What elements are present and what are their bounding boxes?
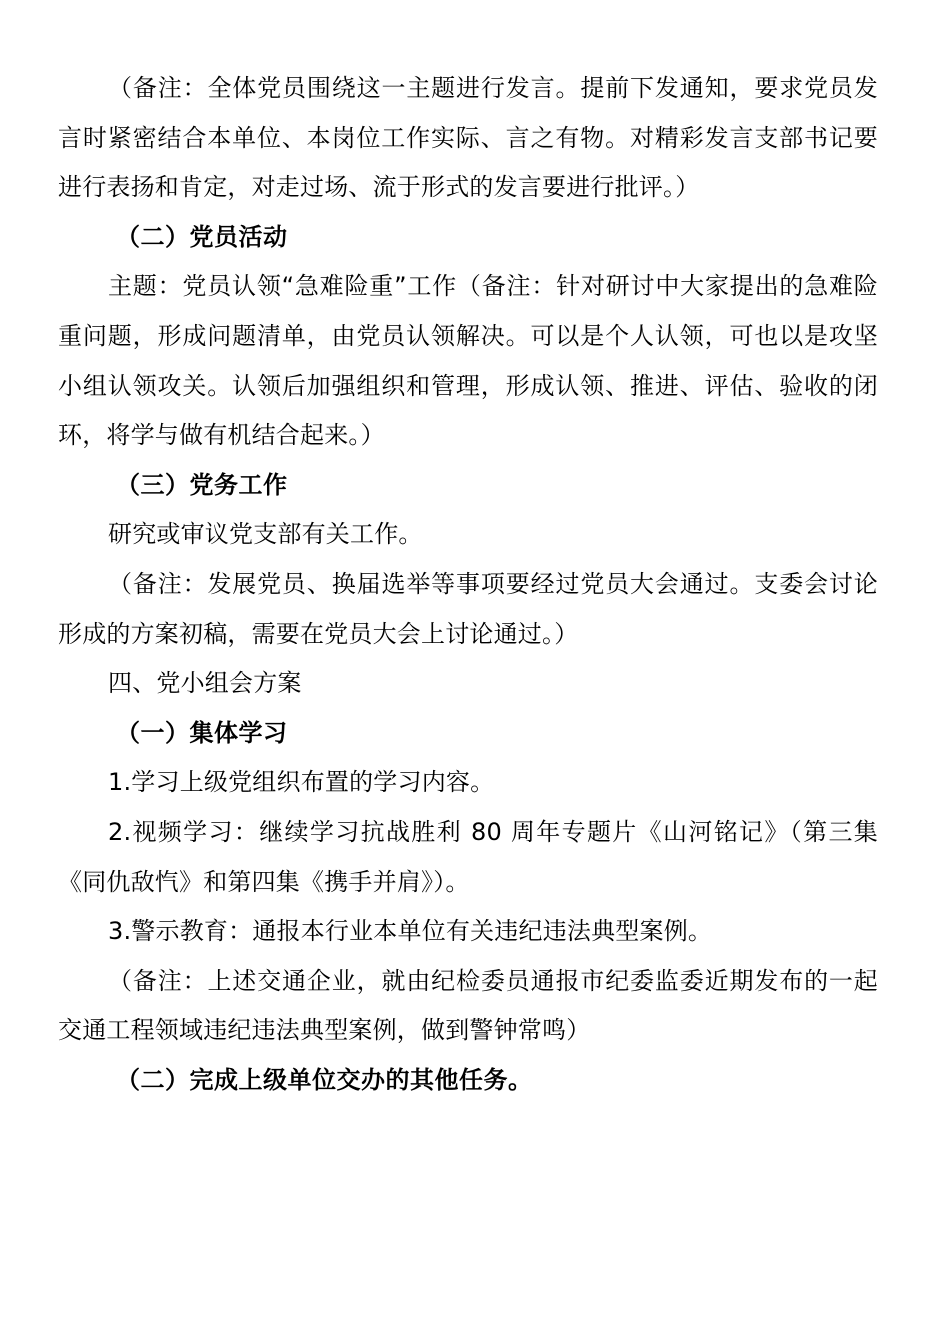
heading-collective-study: （一）集体学习 xyxy=(58,709,878,759)
note-paragraph-speech-remarks: （备注：全体党员围绕这一主题进行发言。提前下发通知，要求党员发言时紧密结合本单位… xyxy=(58,64,878,213)
note-paragraph-warning-case: （备注：上述交通企业，就由纪检委员通报市纪委监委近期发布的一起交通工程领域违纪违… xyxy=(58,957,878,1056)
heading-party-member-activity: （二）党员活动 xyxy=(58,213,878,263)
heading-party-affairs: （三）党务工作 xyxy=(58,461,878,511)
document-page: （备注：全体党员围绕这一主题进行发言。提前下发通知，要求党员发言时紧密结合本单位… xyxy=(58,64,878,1105)
list-item-study-1: 1.学习上级党组织布置的学习内容。 xyxy=(58,758,878,808)
note-paragraph-member-meeting: （备注：发展党员、换届选举等事项要经过党员大会通过。支委会讨论形成的方案初稿，需… xyxy=(58,560,878,659)
section-title-group-meeting-plan: 四、党小组会方案 xyxy=(58,659,878,709)
list-item-study-3: 3.警示教育：通报本行业本单位有关违纪违法典型案例。 xyxy=(58,907,878,957)
heading-other-tasks: （二）完成上级单位交办的其他任务。 xyxy=(58,1056,878,1106)
body-paragraph-activity-theme: 主题：党员认领“急难险重”工作（备注：针对研讨中大家提出的急难险重问题，形成问题… xyxy=(58,262,878,460)
body-paragraph-review-work: 研究或审议党支部有关工作。 xyxy=(58,510,878,560)
list-item-study-2: 2.视频学习：继续学习抗战胜利 80 周年专题片《山河铭记》（第三集《同仇敌忾》… xyxy=(58,808,878,907)
